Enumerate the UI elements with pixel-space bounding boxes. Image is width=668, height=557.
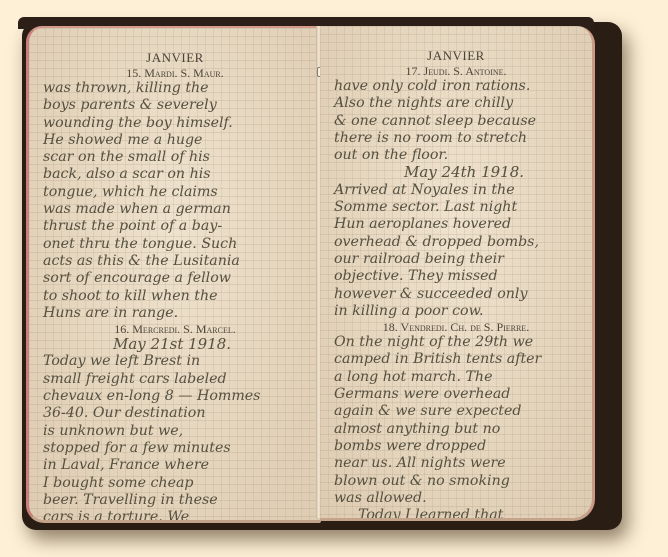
entry-line: cars is a torture. We bbox=[43, 509, 309, 523]
day-heading-15: 15. Mardi. S. Maur. bbox=[29, 66, 321, 80]
entry-line: tongue, which he claims bbox=[43, 184, 309, 201]
entry-line: Huns are in range. bbox=[43, 305, 309, 322]
entry-line: near us. All nights were bbox=[334, 455, 580, 472]
entry-line: overhead & dropped bombs, bbox=[334, 234, 580, 251]
entry-line: scar on the small of his bbox=[43, 149, 309, 166]
entry-line: beer. Travelling in these bbox=[43, 492, 309, 509]
entry-line: almost anything but no bbox=[334, 421, 580, 438]
month-header: JANVIER bbox=[320, 48, 592, 64]
entry-line: was allowed. bbox=[334, 490, 580, 507]
entry-line: back, also a scar on his bbox=[43, 166, 309, 183]
entry-line: however & succeeded only bbox=[334, 286, 580, 303]
entry-line: & one cannot sleep because bbox=[334, 113, 580, 130]
entry-line: blown out & no smoking bbox=[334, 473, 580, 490]
entry-line: sort of encourage a fellow bbox=[43, 270, 309, 287]
entry-text: May 21st 1918. Today we left Brest in sm… bbox=[29, 336, 321, 523]
right-page: JANVIER 17. Jeudi. S. Antoine. have only… bbox=[320, 26, 595, 521]
month-header: JANVIER bbox=[29, 50, 321, 66]
entry-date: May 21st 1918. bbox=[43, 336, 309, 353]
entry-line: Today I learned that bbox=[334, 507, 580, 521]
entry-line: He showed me a huge bbox=[43, 132, 309, 149]
entry-line: Also the nights are chilly bbox=[334, 95, 580, 112]
entry-line: onet thru the tongue. Such bbox=[43, 236, 309, 253]
entry-line: camped in British tents after bbox=[334, 351, 580, 368]
entry-line: bombs were dropped bbox=[334, 438, 580, 455]
entry-line: in Laval, France where bbox=[43, 457, 309, 474]
entry-line: wounding the boy himself. bbox=[43, 115, 309, 132]
entry-line: Germans were overhead bbox=[334, 386, 580, 403]
entry-date: May 24th 1918. bbox=[334, 164, 580, 181]
entry-line: was thrown, killing the bbox=[43, 80, 309, 97]
entry-line: have only cold iron rations. bbox=[334, 78, 580, 95]
entry-line: Somme sector. Last night bbox=[334, 199, 580, 216]
entry-line: in killing a poor cow. bbox=[334, 303, 580, 320]
entry-text: have only cold iron rations. Also the ni… bbox=[320, 78, 592, 320]
entry-line: is unknown but we, bbox=[43, 423, 309, 440]
entry-line: small freight cars labeled bbox=[43, 371, 309, 388]
entry-line: thrust the point of a bay- bbox=[43, 218, 309, 235]
entry-line: objective. They missed bbox=[334, 268, 580, 285]
entry-line: to shoot to kill when the bbox=[43, 288, 309, 305]
day-heading-16: 16. Mercredi. S. Marcel. bbox=[29, 322, 321, 336]
day-heading-17: 17. Jeudi. S. Antoine. bbox=[320, 64, 592, 78]
entry-line: Arrived at Noyales in the bbox=[334, 182, 580, 199]
entry-line: Today we left Brest in bbox=[43, 353, 309, 370]
entry-line: again & we sure expected bbox=[334, 403, 580, 420]
entry-line: our railroad being their bbox=[334, 251, 580, 268]
entry-line: was made when a german bbox=[43, 201, 309, 218]
entry-line: I bought some cheap bbox=[43, 475, 309, 492]
entry-line: acts as this & the Lusitania bbox=[43, 253, 309, 270]
left-page: JANVIER 15. Mardi. S. Maur. was thrown, … bbox=[26, 26, 321, 523]
entry-line: On the night of the 29th we bbox=[334, 334, 580, 351]
entry-text: On the night of the 29th we camped in Br… bbox=[320, 334, 592, 521]
entry-line: a long hot march. The bbox=[334, 369, 580, 386]
entry-line: stopped for a few minutes bbox=[43, 440, 309, 457]
entry-line: boys parents & severely bbox=[43, 97, 309, 114]
entry-line: out on the floor. bbox=[334, 147, 580, 164]
entry-line: 36-40. Our destination bbox=[43, 405, 309, 422]
entry-line: there is no room to stretch bbox=[334, 130, 580, 147]
entry-line: Hun aeroplanes hovered bbox=[334, 216, 580, 233]
entry-line: chevaux en-long 8 — Hommes bbox=[43, 388, 309, 405]
entry-text: was thrown, killing the boys parents & s… bbox=[29, 80, 321, 322]
day-heading-18: 18. Vendredi. Ch. de S. Pierre. bbox=[320, 320, 592, 334]
